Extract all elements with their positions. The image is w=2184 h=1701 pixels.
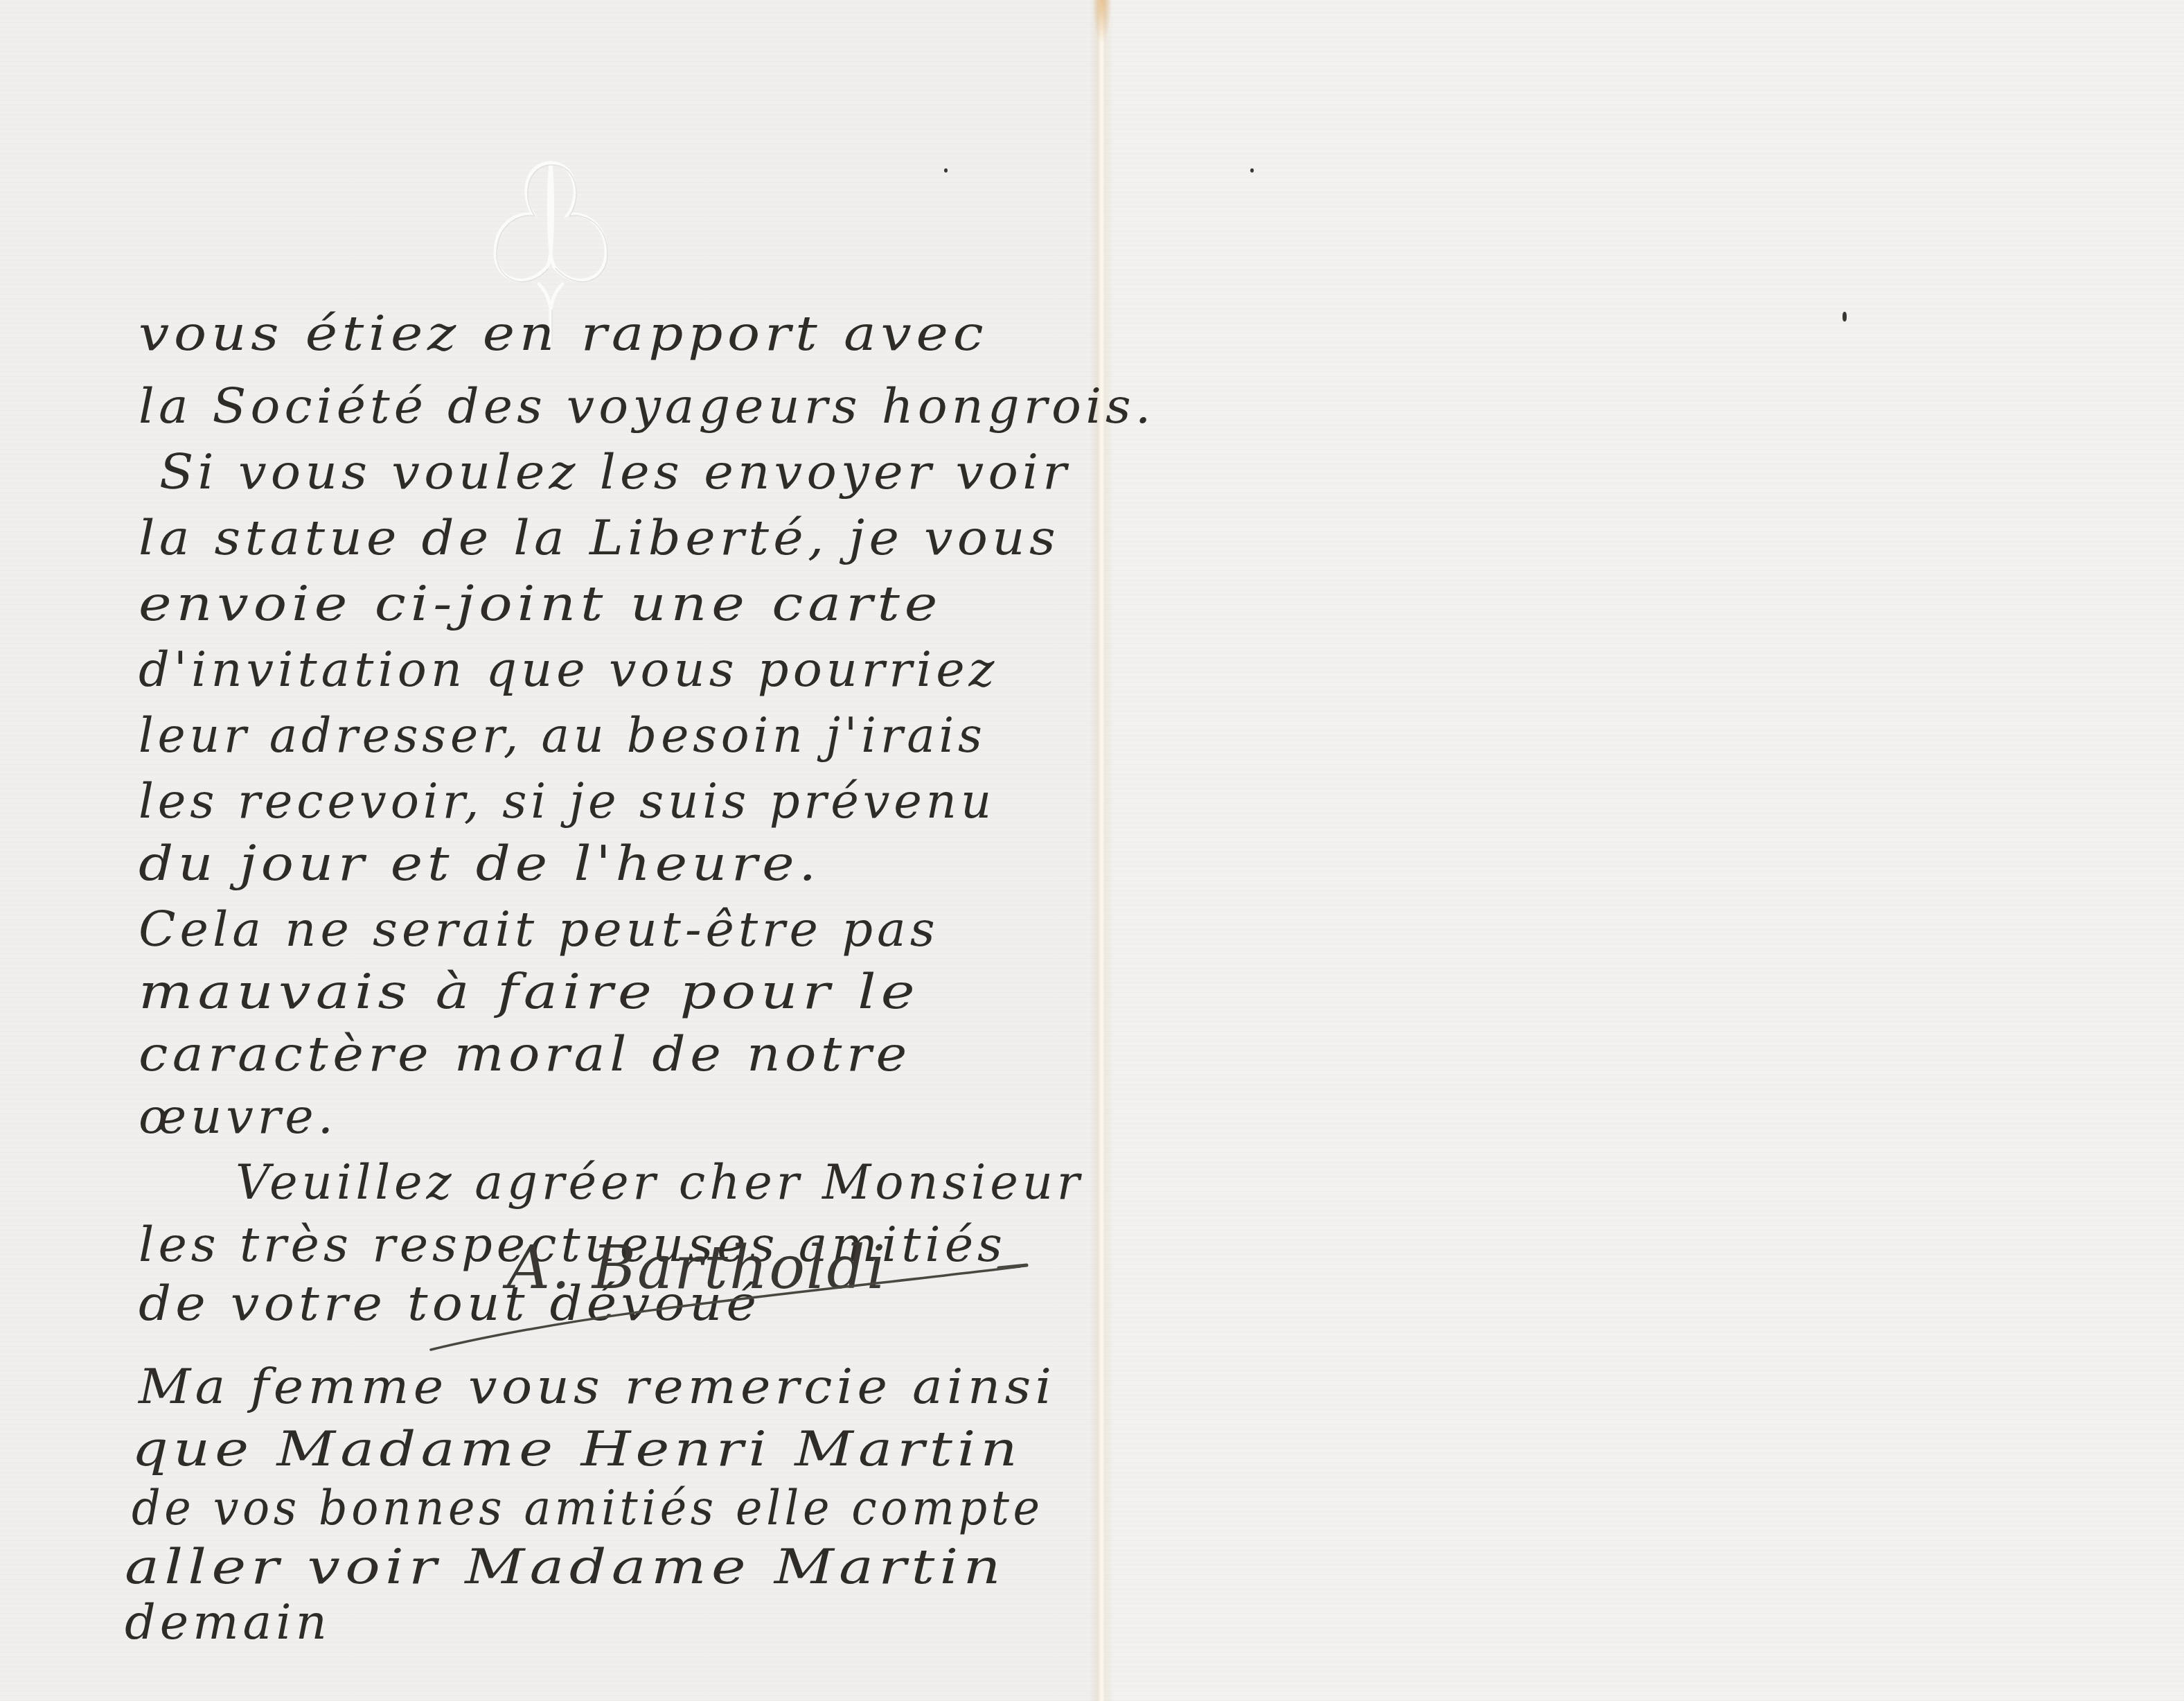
letter-line: Cela ne serait peut-être pas <box>139 901 939 958</box>
center-fold <box>1089 0 1114 1701</box>
postscript-line: demain <box>125 1594 331 1650</box>
letter-line: envoie ci-joint une carte <box>139 575 942 632</box>
fold-stain <box>1093 0 1111 42</box>
right-page-blank <box>1101 0 2184 1701</box>
postscript-line: de vos bonnes amitiés elle compte <box>132 1479 1044 1536</box>
postscript-line: aller voir Madame Martin <box>125 1538 1006 1595</box>
letter-line: leur adresser, au besoin j'irais <box>139 707 986 764</box>
letter-line: œuvre. <box>139 1088 337 1145</box>
letter-line: caractère moral de notre <box>139 1025 912 1082</box>
closing-line: Veuillez agréer cher Monsieur <box>236 1154 1084 1210</box>
ink-speck <box>944 168 948 173</box>
ink-speck <box>1843 312 1847 321</box>
letter-line: les recevoir, si je suis prévenu <box>139 773 995 829</box>
postscript-line: Ma femme vous remercie ainsi <box>139 1358 1056 1415</box>
letter-line: vous étiez en rapport avec <box>139 305 988 362</box>
letter-line: la statue de la Liberté, je vous <box>139 509 1060 566</box>
letter-line: Si vous voulez les envoyer voir <box>159 443 1071 500</box>
postscript-line: que Madame Henri Martin <box>132 1420 1022 1477</box>
letter-line: d'invitation que vous pourriez <box>139 641 998 698</box>
signature-flourish-icon <box>424 1226 1033 1358</box>
letter-line: la Société des voyageurs hongrois. <box>139 378 1155 434</box>
ink-speck <box>1250 168 1254 173</box>
signature: A. Bartholdi <box>424 1226 1033 1358</box>
letter-line: du jour et de l'heure. <box>139 835 821 892</box>
letter-line: mauvais à faire pour le <box>139 963 920 1020</box>
